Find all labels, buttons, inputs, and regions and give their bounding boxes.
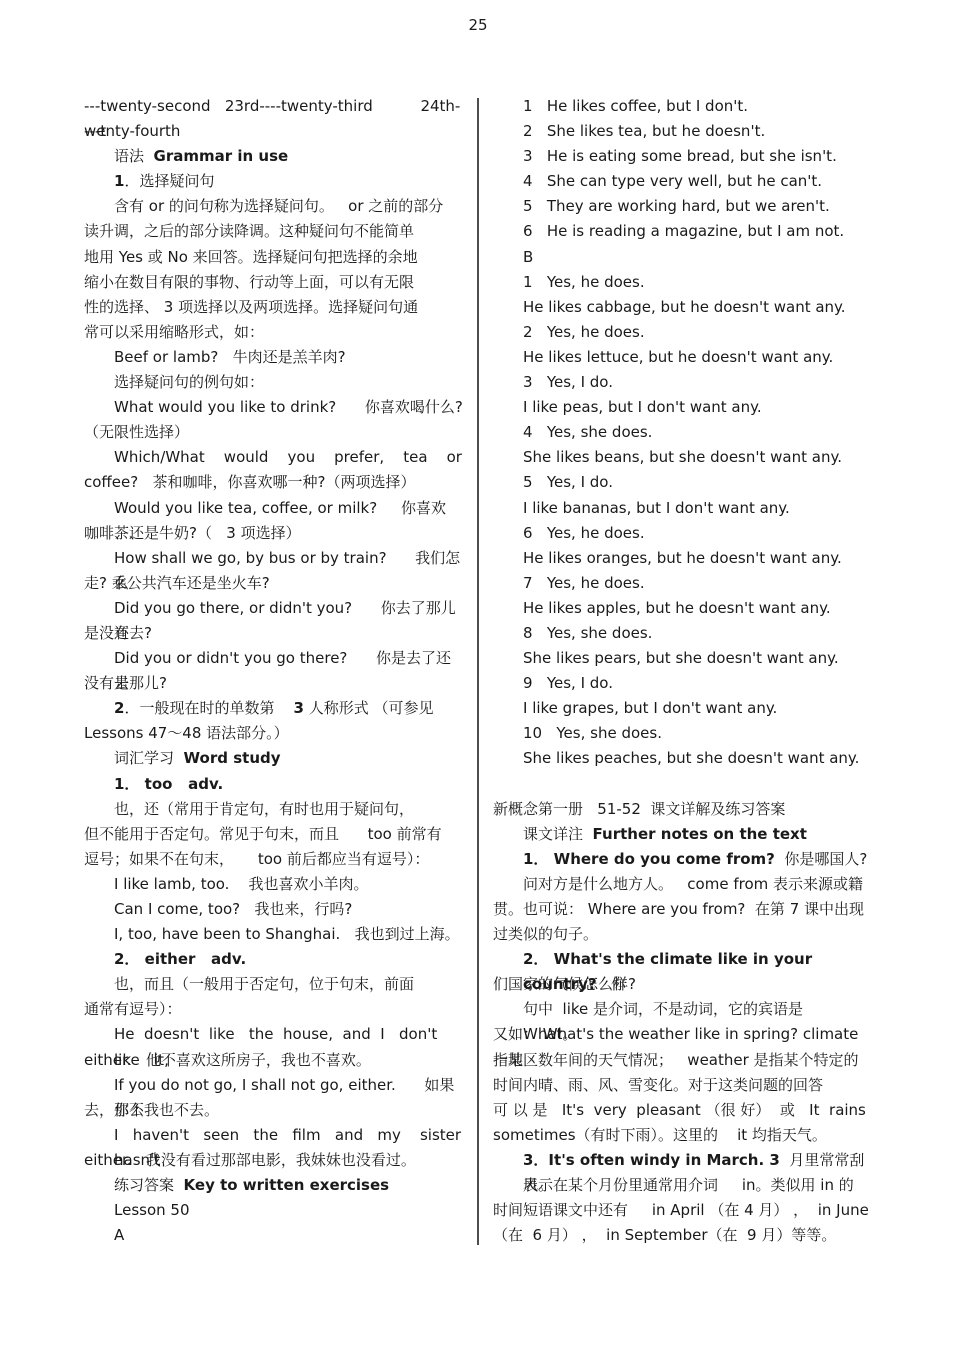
text-line: 6 He is reading a magazine, but I am not… xyxy=(493,219,871,244)
text-line: B xyxy=(493,245,871,270)
text-segment: 但不能用于否定句。常见于句末，而且 too 前常有 xyxy=(84,825,442,843)
text-segment: 人称形式 （可参见 xyxy=(304,699,434,717)
text-segment: He likes cabbage, but he doesn't want an… xyxy=(523,298,846,316)
text-line: 也，还（常用于肯定句，有时也用于疑问句， xyxy=(84,797,464,822)
text-segment: 时间短语课文中还有 in April （在 4 月） ， in June xyxy=(493,1201,869,1219)
text-line: He likes cabbage, but he doesn't want an… xyxy=(493,295,871,320)
text-segment: 们国家的气候怎么样? xyxy=(493,975,636,993)
text-segment: （在 6 月） ， in September（在 9 月）等等。 xyxy=(493,1226,836,1244)
text-segment: He likes oranges, but he doesn't want an… xyxy=(523,549,842,567)
text-line: I like peas, but I don't want any. xyxy=(493,395,871,420)
text-line: Can I come, too? 我也来，行吗? xyxy=(84,897,464,922)
text-segment: I like lamb, too. 我也喜欢小羊肉。 xyxy=(114,875,369,893)
text-segment: 读升调，之后的部分读降调。这种疑问句不能简单 xyxy=(84,222,414,240)
text-line: 3 Yes, I do. xyxy=(493,370,871,395)
text-segment: 表示在某个月份里通常用介词 in。类似用 in 的 xyxy=(523,1176,854,1194)
text-line: How shall we go, by bus or by train? 我们怎… xyxy=(84,546,464,571)
text-segment: Can I come, too? 我也来，行吗? xyxy=(114,900,352,918)
text-line: 常可以采用缩略形式，如： xyxy=(84,320,464,345)
text-line: He likes oranges, but he doesn't want an… xyxy=(493,546,871,571)
text-line: 地用 Yes 或 No 来回答。选择疑问句把选择的余地 xyxy=(84,245,464,270)
text-segment: ．选择疑问句 xyxy=(124,172,214,190)
text-line: 咖啡、还是牛奶?（ 3 项选择） xyxy=(84,521,464,546)
text-segment: He likes lettuce, but he doesn't want an… xyxy=(523,348,833,366)
text-segment: She likes pears, but she doesn't want an… xyxy=(523,649,839,667)
text-line: 课文详注 Further notes on the text xyxy=(493,822,871,847)
text-line: 问对方是什么地方人。 come from 表示来源或籍 xyxy=(493,872,871,897)
text-line: 可 以 是 It's very pleasant （很 好） 或 It rain… xyxy=(493,1098,871,1123)
text-line: 们国家的气候怎么样? xyxy=(493,972,871,997)
text-segment: B xyxy=(523,248,533,266)
bold-text-segment: 3．It's often windy in March. 3 xyxy=(523,1151,780,1169)
text-segment: 1 He likes coffee, but I don't. xyxy=(523,97,748,115)
text-segment: 练习答案 xyxy=(114,1176,184,1194)
text-line: wenty-fourth xyxy=(84,119,464,144)
bold-text-segment: Grammar in use xyxy=(154,147,289,165)
text-line: Beef or lamb? 牛肉还是羔羊肉? xyxy=(84,345,464,370)
bold-text-segment: 1． Where do you come from? xyxy=(523,850,775,868)
document-page: 25 ---twenty-second 23rd----twenty-third… xyxy=(0,0,956,1353)
text-line: （无限性选择） xyxy=(84,420,464,445)
text-segment: Lesson 50 xyxy=(114,1201,190,1219)
text-segment: 咖啡、还是牛奶?（ 3 项选择） xyxy=(84,524,301,542)
text-line: （在 6 月） ， in September（在 9 月）等等。 xyxy=(493,1223,871,1248)
text-segment: 逗号；如果不在句末， too 前后都应当有逗号）： xyxy=(84,850,429,868)
text-segment: 9 Yes, I do. xyxy=(523,674,613,692)
text-line: 也，而且（一般用于否定句，位于句末，前面 xyxy=(84,972,464,997)
text-line: 没有去那儿? xyxy=(84,671,464,696)
text-segment: 通常有逗号）： xyxy=(84,1000,182,1018)
text-line: I like lamb, too. 我也喜欢小羊肉。 xyxy=(84,872,464,897)
text-segment: 没有去那儿? xyxy=(84,674,167,692)
text-line: 3．It's often windy in March. 3 月里常常刮风。 xyxy=(493,1148,871,1173)
text-segment: I like bananas, but I don't want any. xyxy=(523,499,790,517)
text-line: 练习答案 Key to written exercises xyxy=(84,1173,464,1198)
text-segment: Beef or lamb? 牛肉还是羔羊肉? xyxy=(114,348,346,366)
text-line: 选择疑问句的例句如： xyxy=(84,370,464,395)
text-line: 8 Yes, she does. xyxy=(493,621,871,646)
text-line: 2．一般现在时的单数第 3 人称形式 （可参见 xyxy=(84,696,464,721)
text-segment: 去，那么我也不去。 xyxy=(84,1101,219,1119)
text-line: 1 Yes, he does. xyxy=(493,270,871,295)
text-line: 5 Yes, I do. xyxy=(493,470,871,495)
text-line: 但不能用于否定句。常见于句末，而且 too 前常有 xyxy=(84,822,464,847)
text-segment: either. 他不喜欢这所房子，我也不喜欢。 xyxy=(84,1051,371,1069)
text-segment: （无限性选择） xyxy=(84,423,189,441)
text-segment: He likes apples, but he doesn't want any… xyxy=(523,599,831,617)
text-segment: 5 They are working hard, but we aren't. xyxy=(523,197,830,215)
bold-text-segment: 1． too adv. xyxy=(114,775,223,793)
text-segment: She likes beans, but she doesn't want an… xyxy=(523,448,842,466)
text-segment: 6 Yes, he does. xyxy=(523,524,645,542)
text-line: Lessons 47～48 语法部分。） xyxy=(84,721,464,746)
text-line: 4 She can type very well, but he can't. xyxy=(493,169,871,194)
text-line: He likes lettuce, but he doesn't want an… xyxy=(493,345,871,370)
text-line: 句中 like 是介词，不是动词，它的宾语是 What。 xyxy=(493,997,871,1022)
text-segment: 可 以 是 It's very pleasant （很 好） 或 It rain… xyxy=(493,1101,866,1119)
text-line: 一地区数年间的天气情况； weather 是指某个特定的 xyxy=(493,1048,871,1073)
bold-text-segment: Key to written exercises xyxy=(184,1176,390,1194)
text-line: She likes beans, but she doesn't want an… xyxy=(493,445,871,470)
bold-text-segment: 1 xyxy=(114,172,124,190)
text-segment: ．一般现在时的单数第 xyxy=(124,699,293,717)
column-divider xyxy=(477,98,479,1245)
text-segment: 也，而且（一般用于否定句，位于句末，前面 xyxy=(114,975,414,993)
text-line: 1． too adv. xyxy=(84,772,464,797)
text-segment: 时间内晴、雨、风、雪变化。对于这类问题的回答 xyxy=(493,1076,823,1094)
text-line: 通常有逗号）： xyxy=(84,997,464,1022)
text-line: 新概念第一册 51-52 课文详解及练习答案 xyxy=(493,797,871,822)
text-segment: 你是哪国人? xyxy=(775,850,868,868)
text-segment: 含有 or 的问句称为选择疑问句。 or 之前的部分 xyxy=(114,197,443,215)
bold-text-segment: Word study xyxy=(184,749,281,767)
text-line: She likes peaches, but she doesn't want … xyxy=(493,746,871,771)
text-line: Would you like tea, coffee, or milk? 你喜欢… xyxy=(84,496,464,521)
text-segment: What would you like to drink? 你喜欢喝什么? xyxy=(114,398,463,416)
text-line: 逗号；如果不在句末， too 前后都应当有逗号）： xyxy=(84,847,464,872)
text-line: 4 Yes, she does. xyxy=(493,420,871,445)
text-segment: 地用 Yes 或 No 来回答。选择疑问句把选择的余地 xyxy=(84,248,418,266)
text-segment: 性的选择、 3 项选择以及两项选择。选择疑问句通 xyxy=(84,298,418,316)
text-line: 2 Yes, he does. xyxy=(493,320,871,345)
right-column: 1 He likes coffee, but I don't.2 She lik… xyxy=(493,94,871,1248)
text-line: 7 Yes, he does. xyxy=(493,571,871,596)
text-segment: 语法 xyxy=(114,147,154,165)
text-line: 读升调，之后的部分读降调。这种疑问句不能简单 xyxy=(84,219,464,244)
text-segment: 一地区数年间的天气情况； weather 是指某个特定的 xyxy=(493,1051,859,1069)
text-segment: 课文详注 xyxy=(523,825,593,843)
text-segment: 2 Yes, he does. xyxy=(523,323,645,341)
text-segment: 8 Yes, she does. xyxy=(523,624,652,642)
text-segment: wenty-fourth xyxy=(84,122,180,140)
text-segment: I like peas, but I don't want any. xyxy=(523,398,762,416)
text-segment: Which/What would you prefer, tea or xyxy=(114,448,462,466)
text-segment: 2 She likes tea, but he doesn't. xyxy=(523,122,765,140)
text-line: 语法 Grammar in use xyxy=(84,144,464,169)
text-line: ---twenty-second 23rd----twenty-third 24… xyxy=(84,94,464,119)
text-line: 2 She likes tea, but he doesn't. xyxy=(493,119,871,144)
text-segment: 6 He is reading a magazine, but I am not… xyxy=(523,222,844,240)
bold-text-segment: Further notes on the text xyxy=(593,825,807,843)
text-line: What would you like to drink? 你喜欢喝什么? xyxy=(84,395,464,420)
text-line: I, too, have been to Shanghai. 我也到过上海。 xyxy=(84,922,464,947)
text-line: 词汇学习 Word study xyxy=(84,746,464,771)
text-segment: 新概念第一册 51-52 课文详解及练习答案 xyxy=(493,800,785,818)
text-line: If you do not go, I shall not go, either… xyxy=(84,1073,464,1098)
text-segment: 4 Yes, she does. xyxy=(523,423,652,441)
text-line: A xyxy=(84,1223,464,1248)
text-line: Did you go there, or didn't you? 你去了那儿还 xyxy=(84,596,464,621)
text-line: I like grapes, but I don't want any. xyxy=(493,696,871,721)
text-line: 含有 or 的问句称为选择疑问句。 or 之前的部分 xyxy=(84,194,464,219)
text-line: 过类似的句子。 xyxy=(493,922,871,947)
text-segment: 过类似的句子。 xyxy=(493,925,598,943)
text-line: 又如： What's the weather like in spring? c… xyxy=(493,1022,871,1047)
text-segment: 也，还（常用于肯定句，有时也用于疑问句， xyxy=(114,800,414,818)
text-line: 1．选择疑问句 xyxy=(84,169,464,194)
text-segment: 3 He is eating some bread, but she isn't… xyxy=(523,147,837,165)
text-segment: 贯。也可说： Where are you from? 在第 7 课中出现 xyxy=(493,900,864,918)
text-line: 走? 乘公共汽车还是坐火车? xyxy=(84,571,464,596)
text-segment: 10 Yes, she does. xyxy=(523,724,662,742)
bold-text-segment: 3 xyxy=(294,699,304,717)
page-number: 25 xyxy=(0,16,956,34)
text-segment: 3 Yes, I do. xyxy=(523,373,613,391)
left-column: ---twenty-second 23rd----twenty-third 24… xyxy=(84,94,464,1248)
text-segment: either. 我没有看过那部电影，我妹妹也没看过。 xyxy=(84,1151,416,1169)
text-segment: 5 Yes, I do. xyxy=(523,473,613,491)
text-line: 6 Yes, he does. xyxy=(493,521,871,546)
text-line: 1． Where do you come from? 你是哪国人? xyxy=(493,847,871,872)
text-segment: 走? 乘公共汽车还是坐火车? xyxy=(84,574,270,592)
text-segment: She likes peaches, but she doesn't want … xyxy=(523,749,859,767)
text-line: 性的选择、 3 项选择以及两项选择。选择疑问句通 xyxy=(84,295,464,320)
text-line: 10 Yes, she does. xyxy=(493,721,871,746)
text-line: Did you or didn't you go there? 你是去了还是 xyxy=(84,646,464,671)
text-segment: I like grapes, but I don't want any. xyxy=(523,699,777,717)
text-segment: 常可以采用缩略形式，如： xyxy=(84,323,264,341)
text-segment: 7 Yes, he does. xyxy=(523,574,645,592)
text-line xyxy=(493,772,871,797)
text-line: He likes apples, but he doesn't want any… xyxy=(493,596,871,621)
text-line: 9 Yes, I do. xyxy=(493,671,871,696)
text-segment: 1 Yes, he does. xyxy=(523,273,645,291)
text-line: 去，那么我也不去。 xyxy=(84,1098,464,1123)
text-line: Which/What would you prefer, tea or xyxy=(84,445,464,470)
text-segment: 是没有去? xyxy=(84,624,152,642)
text-segment: 问对方是什么地方人。 come from 表示来源或籍 xyxy=(523,875,863,893)
text-line: 时间短语课文中还有 in April （在 4 月） ， in June xyxy=(493,1198,871,1223)
text-line: 5 They are working hard, but we aren't. xyxy=(493,194,871,219)
text-segment: 词汇学习 xyxy=(114,749,184,767)
text-line: 1 He likes coffee, but I don't. xyxy=(493,94,871,119)
text-segment: A xyxy=(114,1226,124,1244)
text-segment: 4 She can type very well, but he can't. xyxy=(523,172,822,190)
text-line: 3 He is eating some bread, but she isn't… xyxy=(493,144,871,169)
text-segment: I, too, have been to Shanghai. 我也到过上海。 xyxy=(114,925,460,943)
text-line: He doesn't like the house, and I don't l… xyxy=(84,1022,464,1047)
text-line: 是没有去? xyxy=(84,621,464,646)
text-line: either. 我没有看过那部电影，我妹妹也没看过。 xyxy=(84,1148,464,1173)
text-segment: 缩小在数目有限的事物、行动等上面，可以有无限 xyxy=(84,273,414,291)
text-line: 缩小在数目有限的事物、行动等上面，可以有无限 xyxy=(84,270,464,295)
bold-text-segment: 2． either adv. xyxy=(114,950,246,968)
text-line: I haven't seen the film and my sister ha… xyxy=(84,1123,464,1148)
text-line: 2． What's the climate like in your count… xyxy=(493,947,871,972)
text-segment: 选择疑问句的例句如： xyxy=(114,373,264,391)
text-segment: sometimes（有时下雨）。这里的 it 均指天气。 xyxy=(493,1126,827,1144)
text-segment: Lessons 47～48 语法部分。） xyxy=(84,724,289,742)
text-line: coffee? 茶和咖啡，你喜欢哪一种?（两项选择） xyxy=(84,470,464,495)
text-line: Lesson 50 xyxy=(84,1198,464,1223)
text-line: I like bananas, but I don't want any. xyxy=(493,496,871,521)
text-line: 时间内晴、雨、风、雪变化。对于这类问题的回答 xyxy=(493,1073,871,1098)
text-line: 表示在某个月份里通常用介词 in。类似用 in 的 xyxy=(493,1173,871,1198)
text-line: 贯。也可说： Where are you from? 在第 7 课中出现 xyxy=(493,897,871,922)
text-line: 2． either adv. xyxy=(84,947,464,972)
text-line: either. 他不喜欢这所房子，我也不喜欢。 xyxy=(84,1048,464,1073)
text-line: She likes pears, but she doesn't want an… xyxy=(493,646,871,671)
text-segment: coffee? 茶和咖啡，你喜欢哪一种?（两项选择） xyxy=(84,473,415,491)
bold-text-segment: 2 xyxy=(114,699,124,717)
text-line: sometimes（有时下雨）。这里的 it 均指天气。 xyxy=(493,1123,871,1148)
